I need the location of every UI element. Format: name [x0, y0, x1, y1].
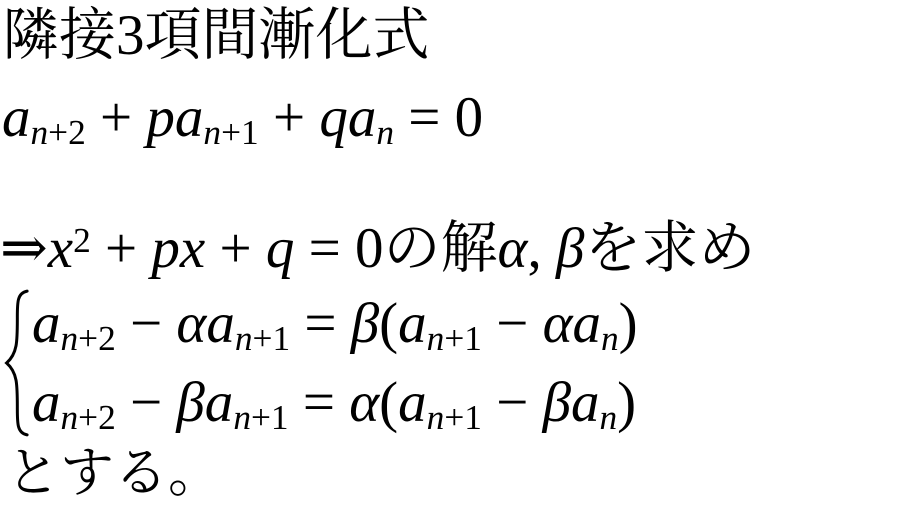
recurrence-equation-text: an+2 + pan+1 + qan = 0	[2, 86, 483, 149]
characteristic-equation-text: ⇒x2 + px + q = 0の解α, βを求め	[0, 217, 755, 280]
math-token: βa	[176, 371, 233, 434]
math-token: pa	[146, 86, 203, 149]
system-equation-2: an+2 − βan+1 = α(an+1 − βan)	[32, 370, 636, 436]
math-token: α	[498, 217, 528, 280]
math-token: −	[116, 292, 177, 355]
math-token: α	[349, 371, 379, 434]
math-token: ⇒	[0, 217, 48, 280]
recurrence-equation: an+2 + pan+1 + qan = 0	[2, 85, 483, 151]
math-token: n	[376, 113, 394, 152]
math-token: β	[351, 292, 379, 355]
math-token: a	[398, 292, 427, 355]
math-token: n	[61, 398, 79, 437]
math-token: (	[379, 292, 398, 355]
math-token: n	[601, 319, 619, 358]
math-token: +	[259, 86, 320, 149]
text-run: を求め	[584, 216, 755, 280]
math-token: )	[617, 371, 636, 434]
math-token: −	[482, 292, 543, 355]
math-token: a	[398, 371, 427, 434]
math-token: n	[427, 398, 445, 437]
text-run: 項間漸化式	[145, 3, 430, 67]
math-token: = 0	[394, 86, 483, 149]
math-token: px	[151, 217, 205, 280]
page-title: 隣接3項間漸化式	[2, 3, 430, 69]
math-token: qa	[319, 86, 376, 149]
math-token: )	[619, 292, 638, 355]
math-token: n	[203, 113, 221, 152]
math-token: +2	[48, 113, 86, 152]
math-token: +1	[251, 398, 289, 437]
math-token: 2	[73, 221, 91, 260]
math-token: q	[266, 217, 295, 280]
system-left-brace	[1, 287, 29, 439]
math-token: +1	[444, 398, 482, 437]
math-token: −	[482, 371, 543, 434]
math-token: a	[32, 371, 61, 434]
closing-statement-text: とする。	[6, 443, 222, 503]
math-token: +2	[78, 319, 116, 358]
math-token: =	[290, 292, 351, 355]
math-token: =	[289, 371, 350, 434]
math-token: n	[31, 113, 49, 152]
math-token: +	[91, 217, 152, 280]
math-token: (	[379, 371, 398, 434]
math-token: βa	[543, 371, 600, 434]
math-token: n	[235, 319, 253, 358]
closing-statement: とする。	[6, 442, 222, 504]
math-token: −	[116, 371, 177, 434]
math-token: +1	[444, 319, 482, 358]
title-text: 隣接3項間漸化式	[2, 4, 430, 67]
math-token: x	[48, 217, 73, 280]
math-token: αa	[543, 292, 601, 355]
math-token: a	[32, 292, 61, 355]
math-token: ,	[527, 217, 556, 280]
math-token: n	[599, 398, 617, 437]
slide-canvas: 隣接3項間漸化式 an+2 + pan+1 + qan = 0 ⇒x2 + px…	[0, 0, 921, 518]
math-token: +1	[253, 319, 291, 358]
system-equation-1: an+2 − αan+1 = β(an+1 − αan)	[32, 291, 638, 357]
math-token: n	[427, 319, 445, 358]
math-token: +2	[78, 398, 116, 437]
math-token: αa	[176, 292, 234, 355]
math-token: n	[61, 319, 79, 358]
text-run: 隣接	[2, 3, 116, 67]
math-token: 3	[116, 4, 145, 67]
math-token: +	[205, 217, 266, 280]
math-token: a	[2, 86, 31, 149]
text-run: とする。	[6, 443, 222, 503]
text-run: の解	[384, 216, 498, 280]
math-token: +1	[221, 113, 259, 152]
math-token: β	[556, 217, 584, 280]
system-equation-1-text: an+2 − αan+1 = β(an+1 − αan)	[32, 292, 638, 355]
math-token: +	[86, 86, 147, 149]
characteristic-equation-line: ⇒x2 + px + q = 0の解α, βを求め	[0, 216, 755, 282]
math-token: n	[233, 398, 251, 437]
math-token: = 0	[294, 217, 383, 280]
system-equation-2-text: an+2 − βan+1 = α(an+1 − βan)	[32, 371, 636, 434]
